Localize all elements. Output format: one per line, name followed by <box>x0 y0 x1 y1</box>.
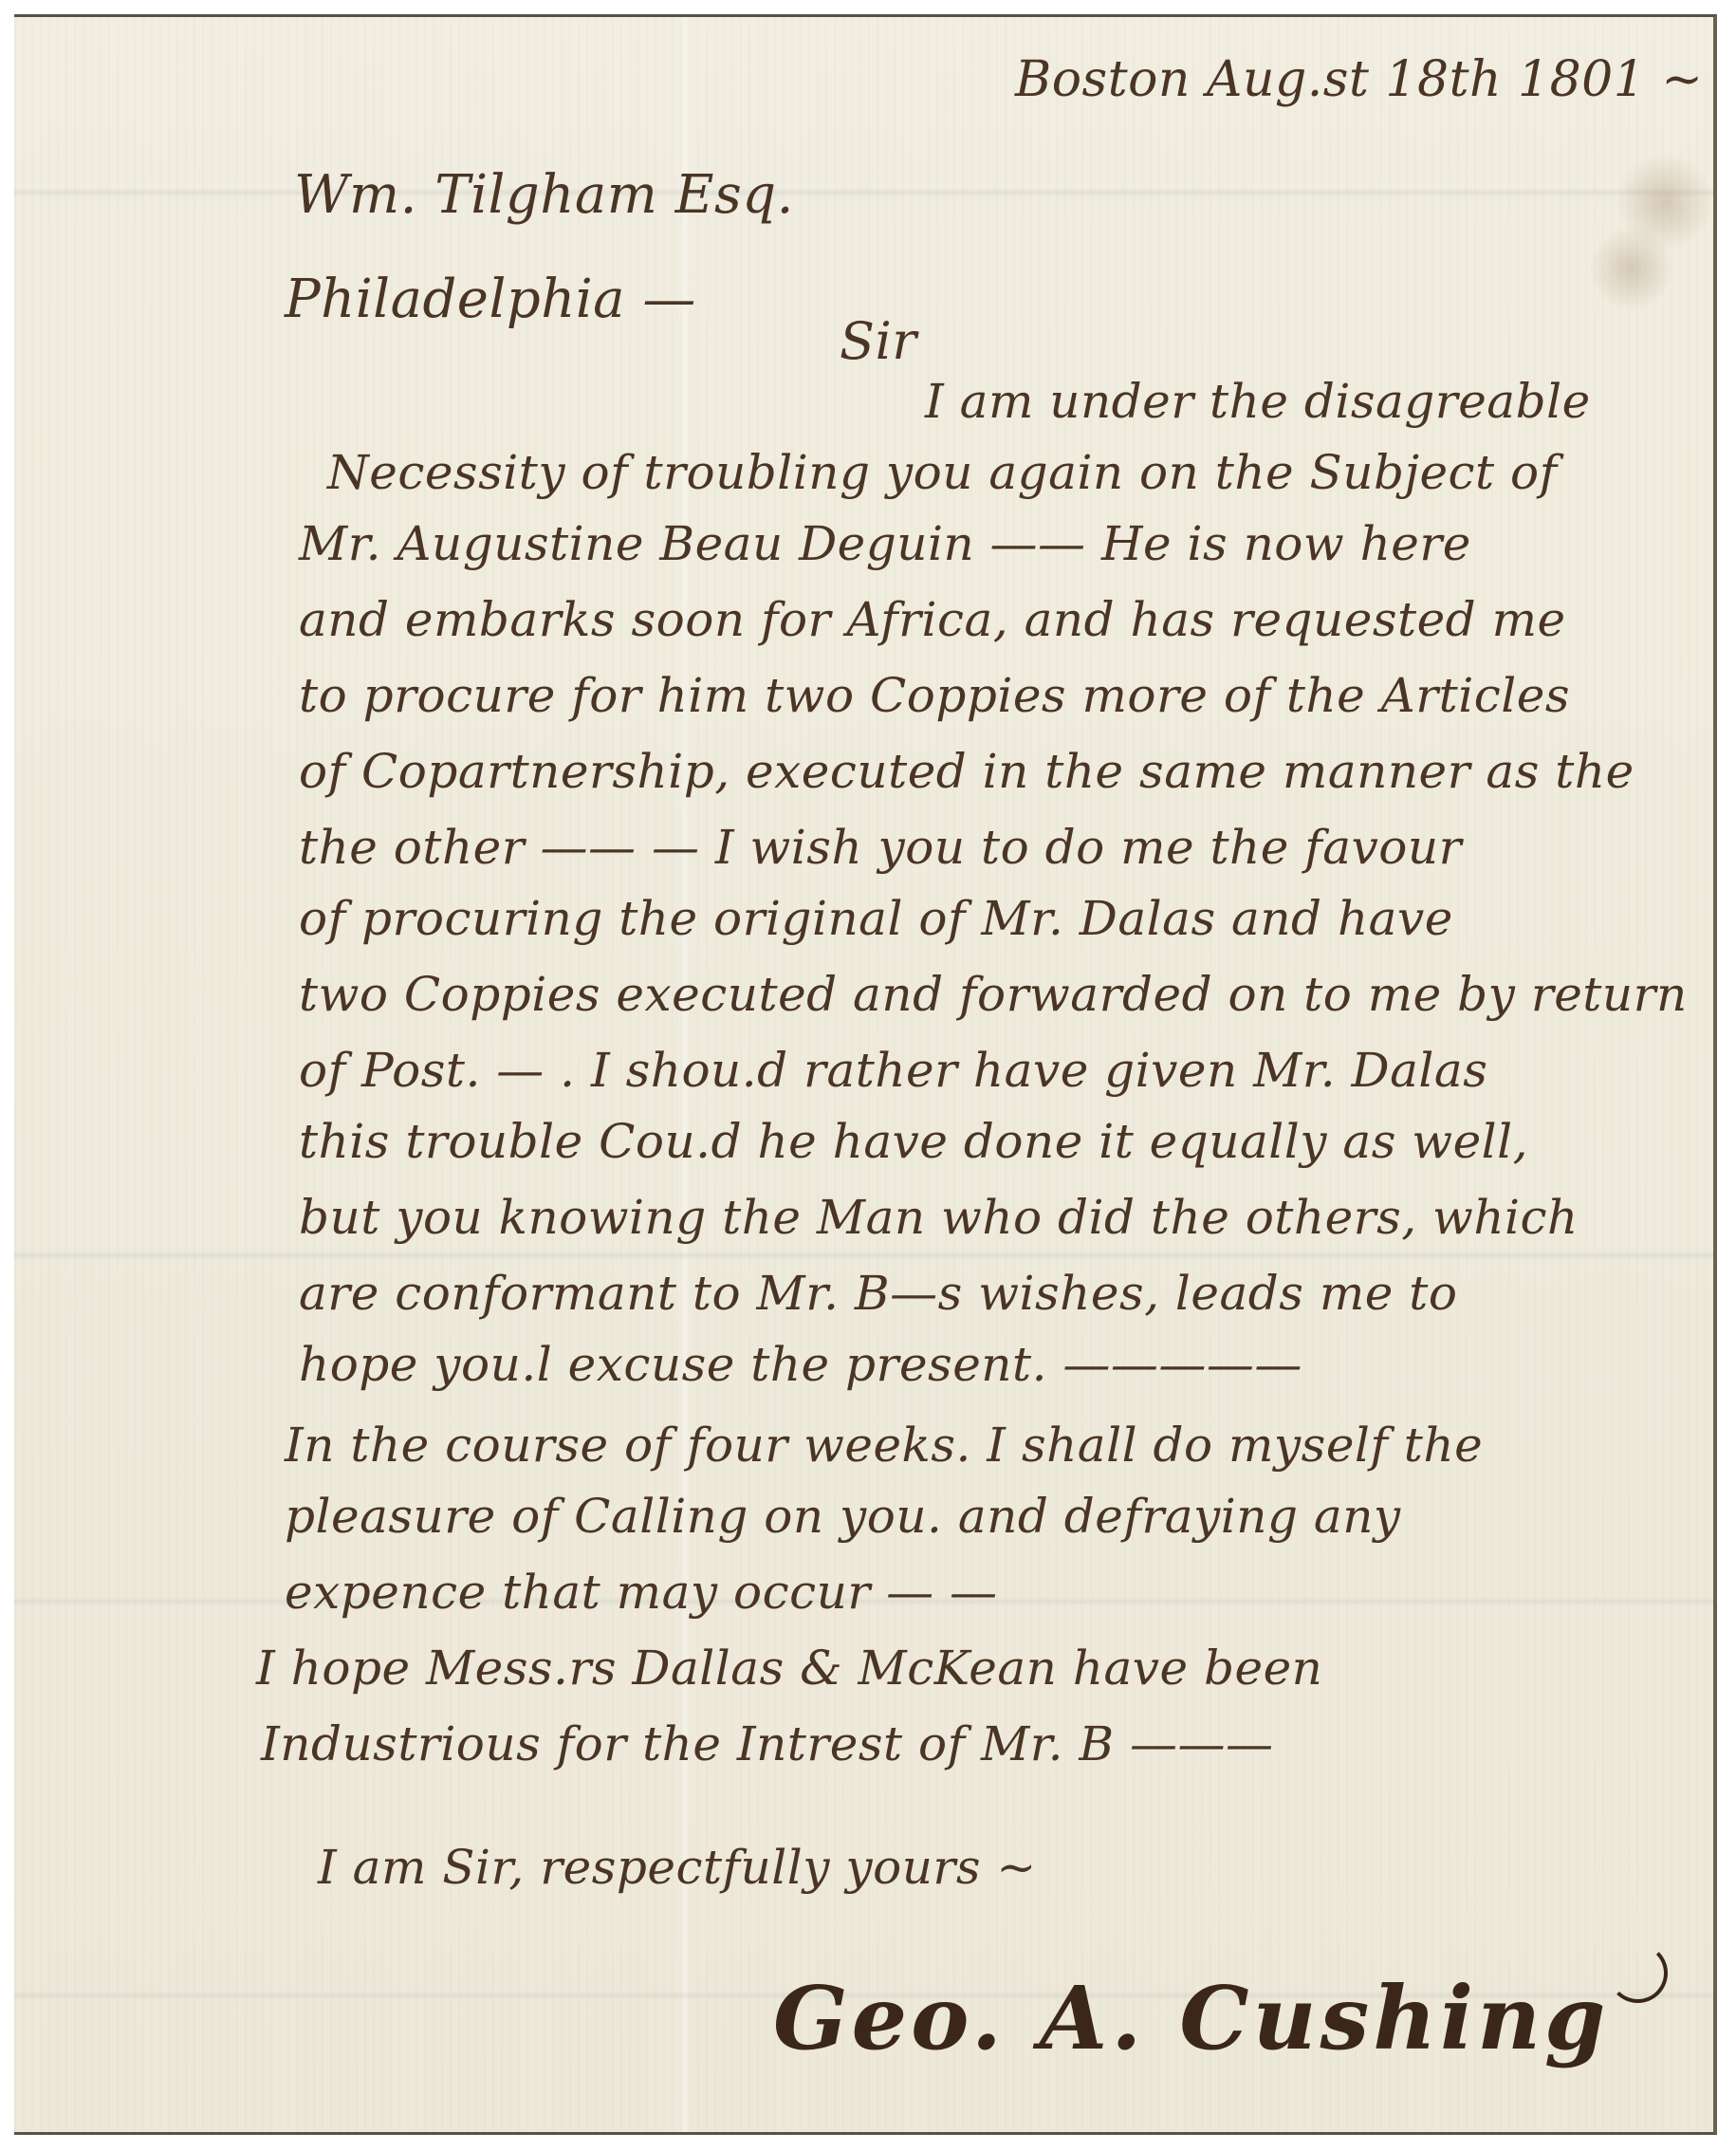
body-line: expence that may occur — — <box>285 1568 998 1616</box>
body-line: hope you.l excuse the present. ————— <box>299 1341 1302 1388</box>
body-line: I hope Mess.rs Dallas & McKean have been <box>256 1644 1322 1692</box>
salutation: Sir <box>840 316 917 367</box>
signature: Geo. A. Cushing <box>773 1967 1609 2069</box>
letter-page: Boston Aug.st 18th 1801 ~ Wm. Tilgham Es… <box>14 14 1717 2135</box>
body-line: Mr. Augustine Beau Deguin —— He is now h… <box>299 520 1471 567</box>
body-line: I am under the disagreable <box>925 378 1591 425</box>
foxing-stain <box>1589 226 1674 311</box>
body-line: the other —— — I wish you to do me the f… <box>299 824 1462 871</box>
body-line: pleasure of Calling on you. and defrayin… <box>285 1493 1401 1540</box>
body-line: Necessity of troubling you again on the … <box>327 449 1558 496</box>
fold-crease-horizontal <box>14 1251 1713 1260</box>
body-line: are conformant to Mr. B—s wishes, leads … <box>299 1270 1457 1317</box>
body-line: Industrious for the Intrest of Mr. B ——— <box>261 1720 1274 1768</box>
body-line: In the course of four weeks. I shall do … <box>285 1421 1483 1469</box>
signature-flourish <box>1608 1943 1668 2003</box>
dateline: Boston Aug.st 18th 1801 ~ <box>1015 55 1703 104</box>
body-line: and embarks soon for Africa, and has req… <box>299 596 1566 643</box>
body-line: of procuring the original of Mr. Dalas a… <box>299 895 1453 942</box>
closing: I am Sir, respectfully yours ~ <box>318 1844 1037 1891</box>
body-line: to procure for him two Coppies more of t… <box>299 672 1570 719</box>
recipient-name: Wm. Tilgham Esq. <box>294 169 794 222</box>
fold-crease-horizontal <box>14 188 1713 197</box>
recipient-city: Philadelphia — <box>285 273 696 326</box>
body-line: of Copartnership, executed in the same m… <box>299 748 1634 795</box>
body-line: this trouble Cou.d he have done it equal… <box>299 1118 1528 1165</box>
body-line: but you knowing the Man who did the othe… <box>299 1194 1579 1241</box>
body-line: two Coppies executed and forwarded on to… <box>299 971 1688 1018</box>
body-line: of Post. — . I shou.d rather have given … <box>299 1047 1487 1094</box>
